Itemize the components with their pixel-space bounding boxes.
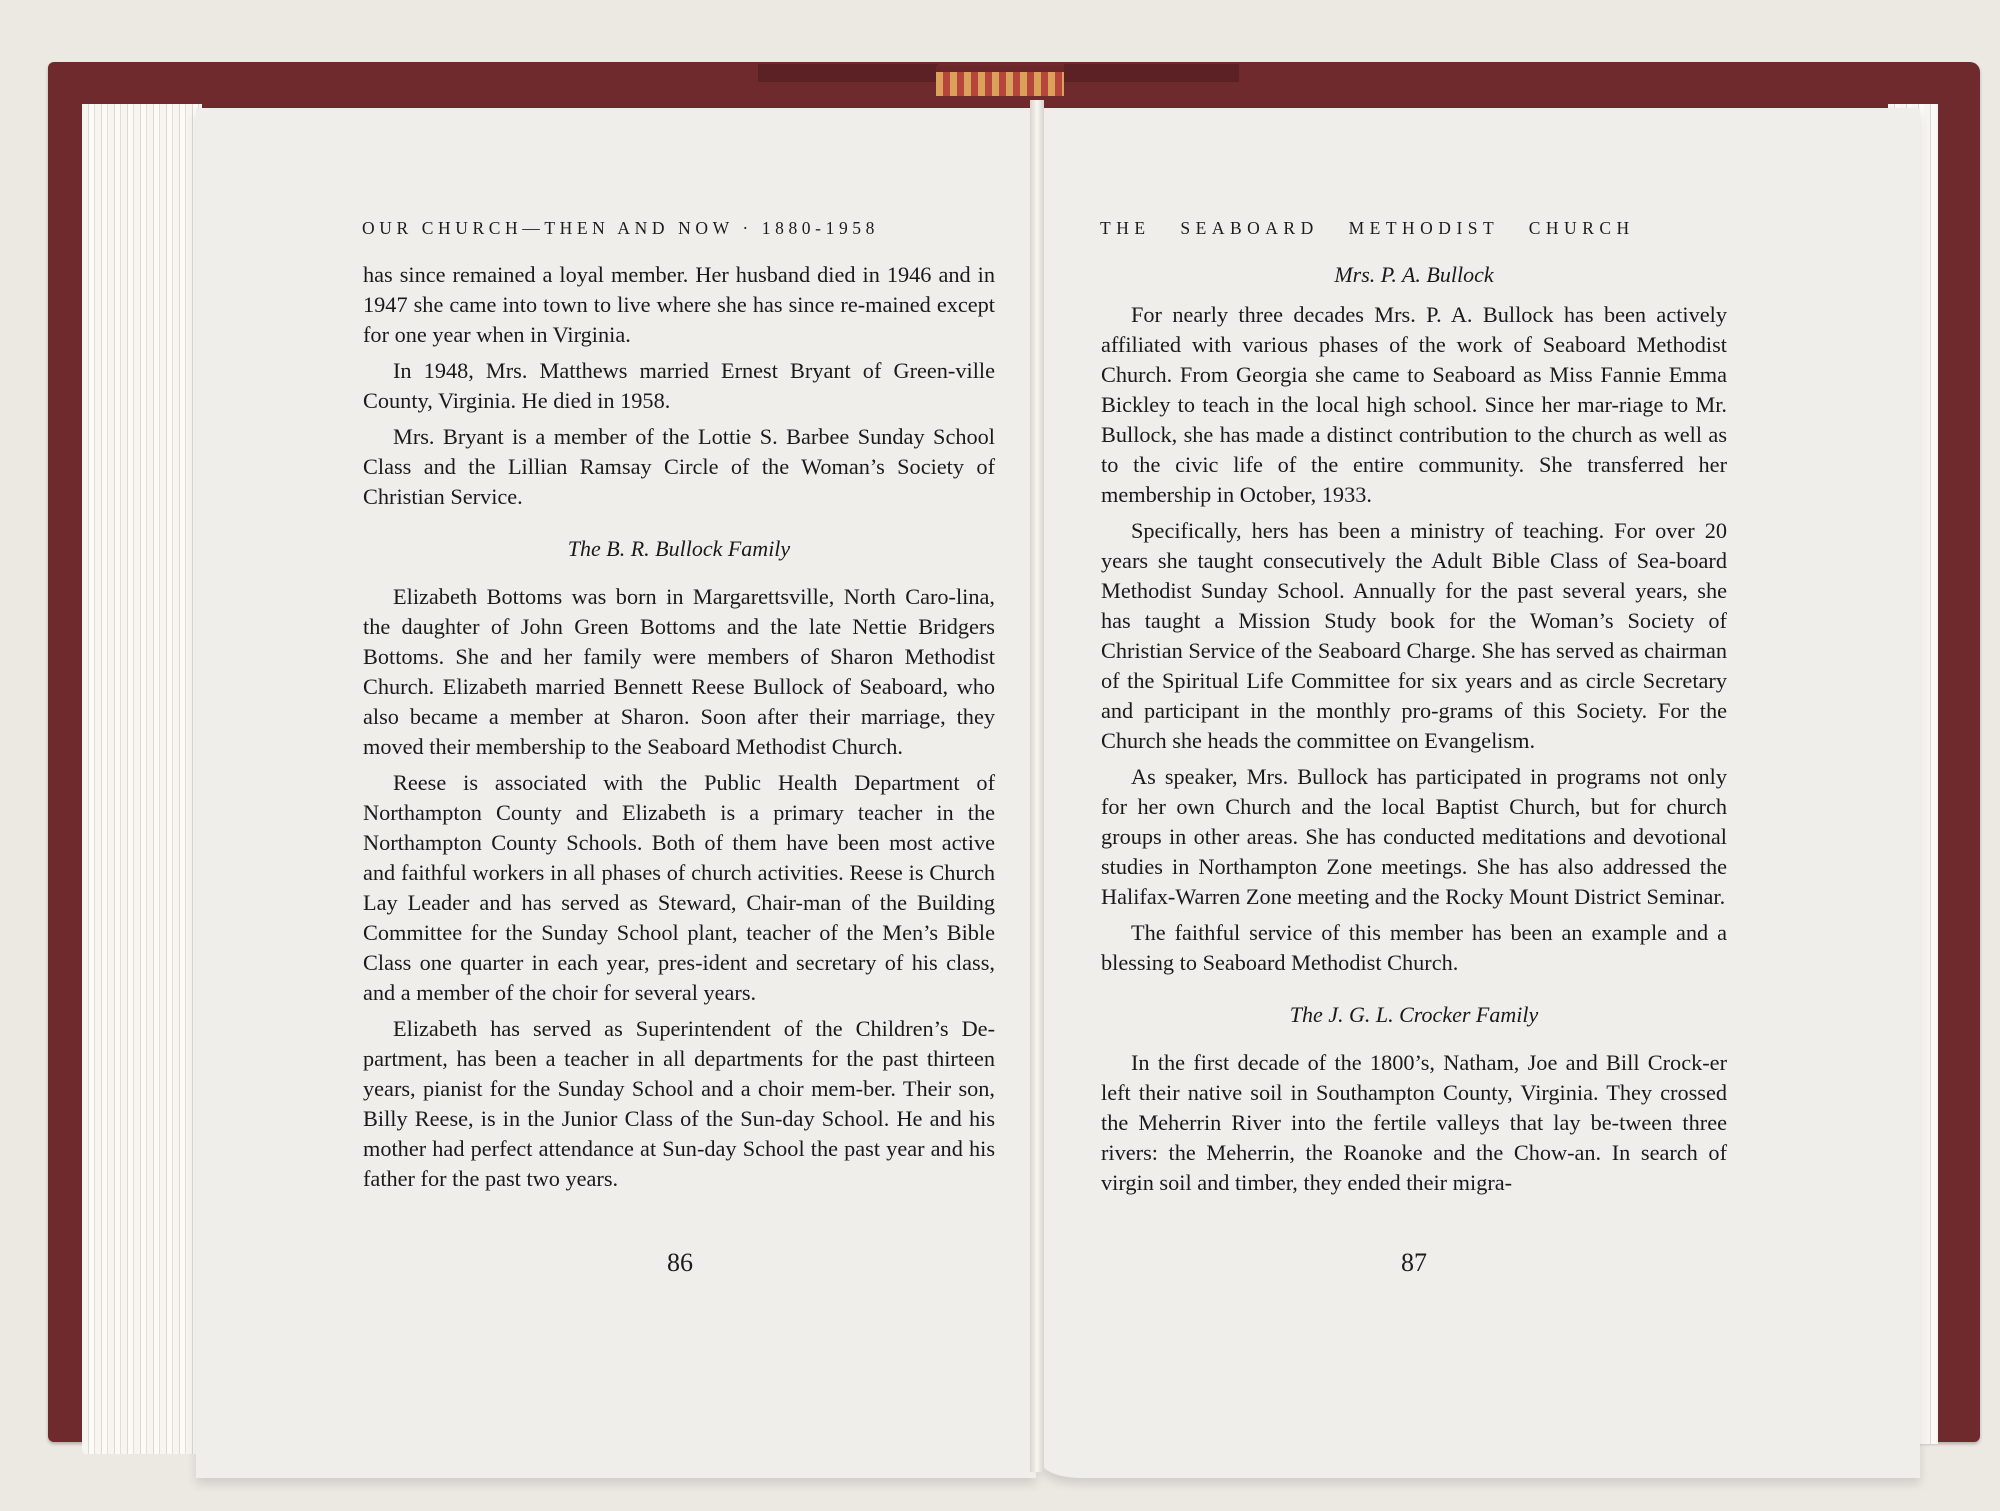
page-number-left: 86 — [630, 1248, 730, 1278]
page-number-right: 87 — [1364, 1248, 1464, 1278]
headband — [936, 66, 1064, 96]
spine-band-left — [758, 64, 938, 82]
section-heading: Mrs. P. A. Bullock — [1101, 260, 1727, 290]
paragraph: Reese is associated with the Public Heal… — [363, 768, 995, 1008]
paragraph: Mrs. Bryant is a member of the Lottie S.… — [363, 422, 995, 512]
paragraph: The faithful service of this member has … — [1101, 918, 1727, 978]
paragraph: Elizabeth Bottoms was born in Margaretts… — [363, 582, 995, 762]
spine-band-right — [1064, 64, 1239, 82]
paragraph: Specifically, hers has been a ministry o… — [1101, 516, 1727, 756]
section-heading: The B. R. Bullock Family — [363, 534, 995, 564]
page-edges-left — [82, 104, 202, 1454]
paragraph: In 1948, Mrs. Matthews married Ernest Br… — [363, 356, 995, 416]
paragraph: For nearly three decades Mrs. P. A. Bull… — [1101, 300, 1727, 510]
running-head-right: THE SEABOARD METHODIST CHURCH — [1100, 218, 1730, 239]
paragraph: Elizabeth has served as Superintendent o… — [363, 1014, 995, 1194]
left-page-text: has since remained a loyal member. Her h… — [363, 260, 995, 1200]
book-gutter — [1030, 100, 1044, 1472]
paragraph: has since remained a loyal member. Her h… — [363, 260, 995, 350]
running-head-left: OUR CHURCH—THEN AND NOW · 1880-1958 — [362, 218, 994, 239]
right-page-text: Mrs. P. A. Bullock For nearly three deca… — [1101, 260, 1727, 1204]
paragraph: In the first decade of the 1800’s, Natha… — [1101, 1048, 1727, 1198]
section-heading: The J. G. L. Crocker Family — [1101, 1000, 1727, 1030]
paragraph: As speaker, Mrs. Bullock has participate… — [1101, 762, 1727, 912]
